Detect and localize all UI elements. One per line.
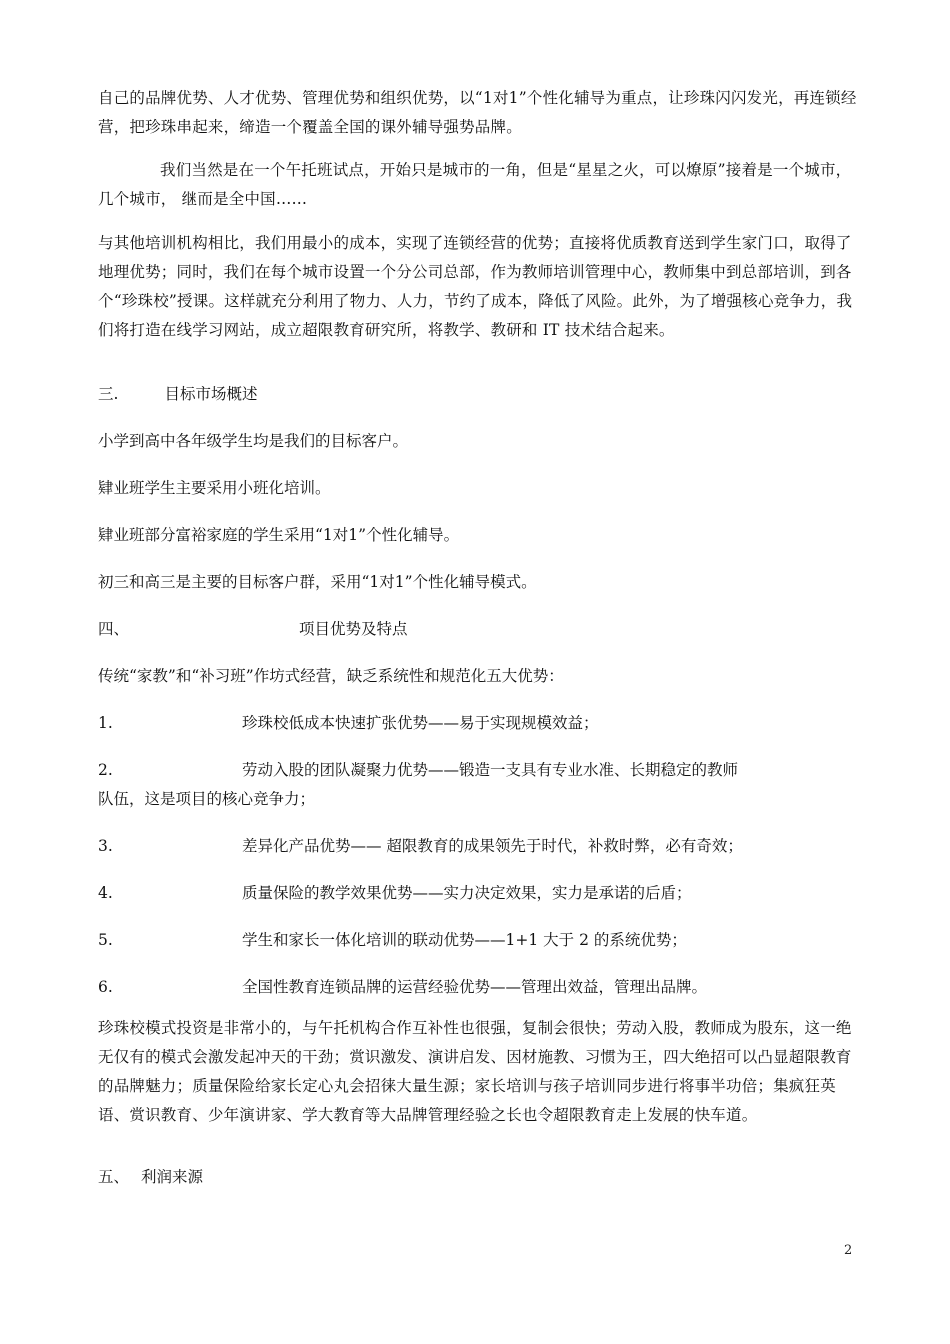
- item-number: 6.: [98, 973, 113, 1002]
- item-text: 差异化产品优势—— 超限教育的成果领先于时代，补救时弊，必有奇效；: [242, 832, 743, 861]
- item-text-continuation: 队伍，这是项目的核心竞争力；: [98, 785, 315, 814]
- section-number: 三.: [98, 385, 118, 403]
- item-text: 珍珠校低成本快速扩张优势——易于实现规模效益；: [242, 709, 599, 738]
- item-number: 2.: [98, 756, 113, 785]
- paragraph-brand-advantage: 自己的品牌优势、人才优势、管理优势和组织优势，以“1对1”个性化辅导为重点，让珍…: [98, 84, 858, 142]
- page-number: 2: [844, 1243, 852, 1258]
- target-market-line: 初三和高三是主要的目标客户群，采用“1对1”个性化辅导模式。: [98, 568, 537, 597]
- item-number: 3.: [98, 832, 113, 861]
- section-heading-project-advantages: 四、项目优势及特点: [98, 615, 408, 644]
- section-title: 利润来源: [141, 1168, 203, 1186]
- advantages-intro: 传统“家教”和“补习班”作坊式经营，缺乏系统性和规范化五大优势：: [98, 662, 564, 691]
- section-number: 四、: [98, 620, 129, 638]
- item-text: 学生和家长一体化培训的联动优势——1+1 大于 2 的系统优势；: [242, 926, 687, 955]
- paragraph-model-summary: 珍珠校模式投资是非常小的，与午托机构合作互补性也很强，复制会很快；劳动入股，教师…: [98, 1014, 858, 1130]
- item-text: 质量保险的教学效果优势——实力决定效果，实力是承诺的后盾；: [242, 879, 692, 908]
- target-market-line: 小学到高中各年级学生均是我们的目标客户。: [98, 427, 408, 456]
- section-number: 五、: [98, 1168, 129, 1186]
- target-market-line: 肄业班学生主要采用小班化培训。: [98, 474, 331, 503]
- item-number: 4.: [98, 879, 113, 908]
- paragraph-cost-comparison: 与其他培训机构相比，我们用最小的成本，实现了连锁经营的优势；直接将优质教育送到学…: [98, 229, 858, 345]
- item-text: 全国性教育连锁品牌的运营经验优势——管理出效益，管理出品牌。: [242, 973, 707, 1002]
- section-title: 目标市场概述: [164, 385, 257, 403]
- section-heading-profit-source: 五、利润来源: [98, 1163, 203, 1192]
- section-heading-target-market: 三.目标市场概述: [98, 380, 257, 409]
- item-number: 1.: [98, 709, 113, 738]
- document-page: 自己的品牌优势、人才优势、管理优势和组织优势，以“1对1”个性化辅导为重点，让珍…: [0, 0, 950, 1344]
- target-market-line: 肄业班部分富裕家庭的学生采用“1对1”个性化辅导。: [98, 521, 459, 550]
- item-text: 劳动入股的团队凝聚力优势——锻造一支具有专业水准、长期稳定的教师: [242, 756, 738, 785]
- section-title: 项目优势及特点: [299, 620, 408, 638]
- item-number: 5.: [98, 926, 113, 955]
- paragraph-pilot-expansion: 我们当然是在一个午托班试点，开始只是城市的一角，但是“星星之火，可以燎原”接着是…: [98, 156, 858, 214]
